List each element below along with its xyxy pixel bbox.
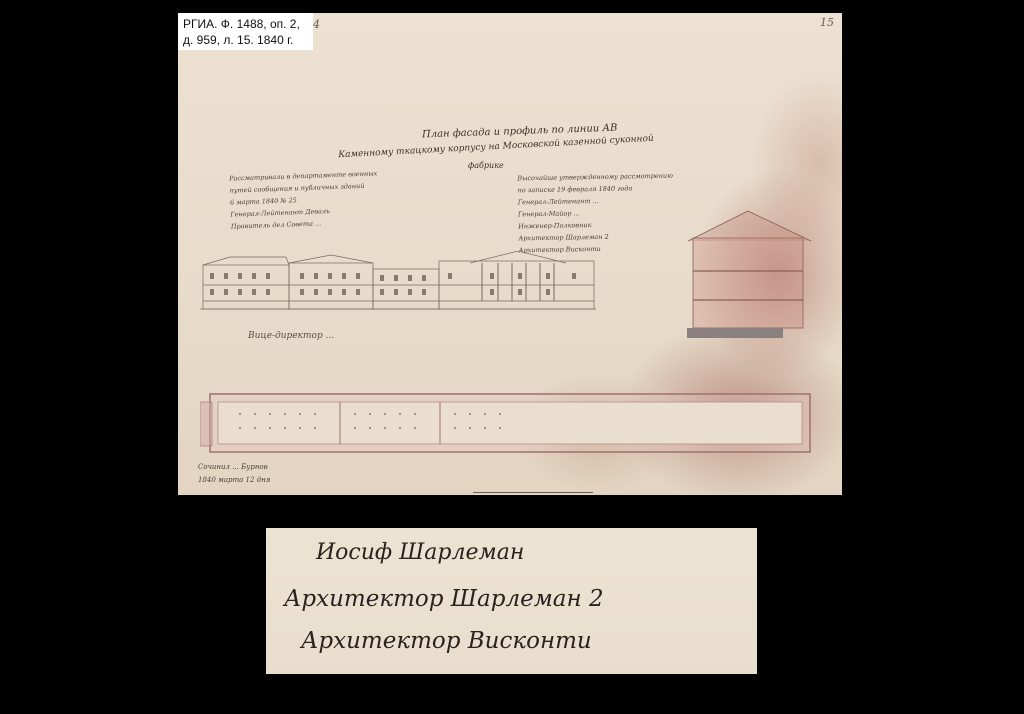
detail-line-3: Архитектор Висконти <box>301 628 592 654</box>
approval-note-left: Рассматривали в департаменте военных пут… <box>229 167 379 232</box>
date-line: 1840 марта 12 дня <box>198 474 270 487</box>
archive-reference-line-1: РГИА. Ф. 1488, оп. 2, <box>183 16 313 32</box>
facade-elevation-drawing <box>200 251 596 311</box>
page-number-sheet: 15 <box>820 16 834 29</box>
detail-line-1: Иосиф Шарлеман <box>316 540 524 565</box>
archive-reference-line-2: д. 959, л. 15. 1840 г. <box>183 32 313 48</box>
cross-section-drawing: A <box>683 203 833 343</box>
floor-plan-drawing <box>200 388 820 463</box>
architectural-drawing-sheet: 94 15 План фасада и профиль по линии АВ … <box>178 13 842 495</box>
date-line: Сочинил ... Бурнов <box>198 461 270 474</box>
signature: Вице-директор ... <box>248 331 334 341</box>
archive-reference-label: РГИА. Ф. 1488, оп. 2, д. 959, л. 15. 184… <box>178 13 313 50</box>
approval-note-right: Высочайше утвержденному рассмотрению по … <box>517 170 674 257</box>
date-note: Сочинил ... Бурнов 1840 марта 12 дня <box>198 461 270 487</box>
drawing-title-line-3: фабрике <box>468 161 504 170</box>
scale-bar <box>473 486 593 493</box>
detail-line-2: Архитектор Шарлеман 2 <box>284 586 604 612</box>
signature-detail-crop: Иосиф Шарлеман Архитектор Шарлеман 2 Арх… <box>266 528 757 674</box>
